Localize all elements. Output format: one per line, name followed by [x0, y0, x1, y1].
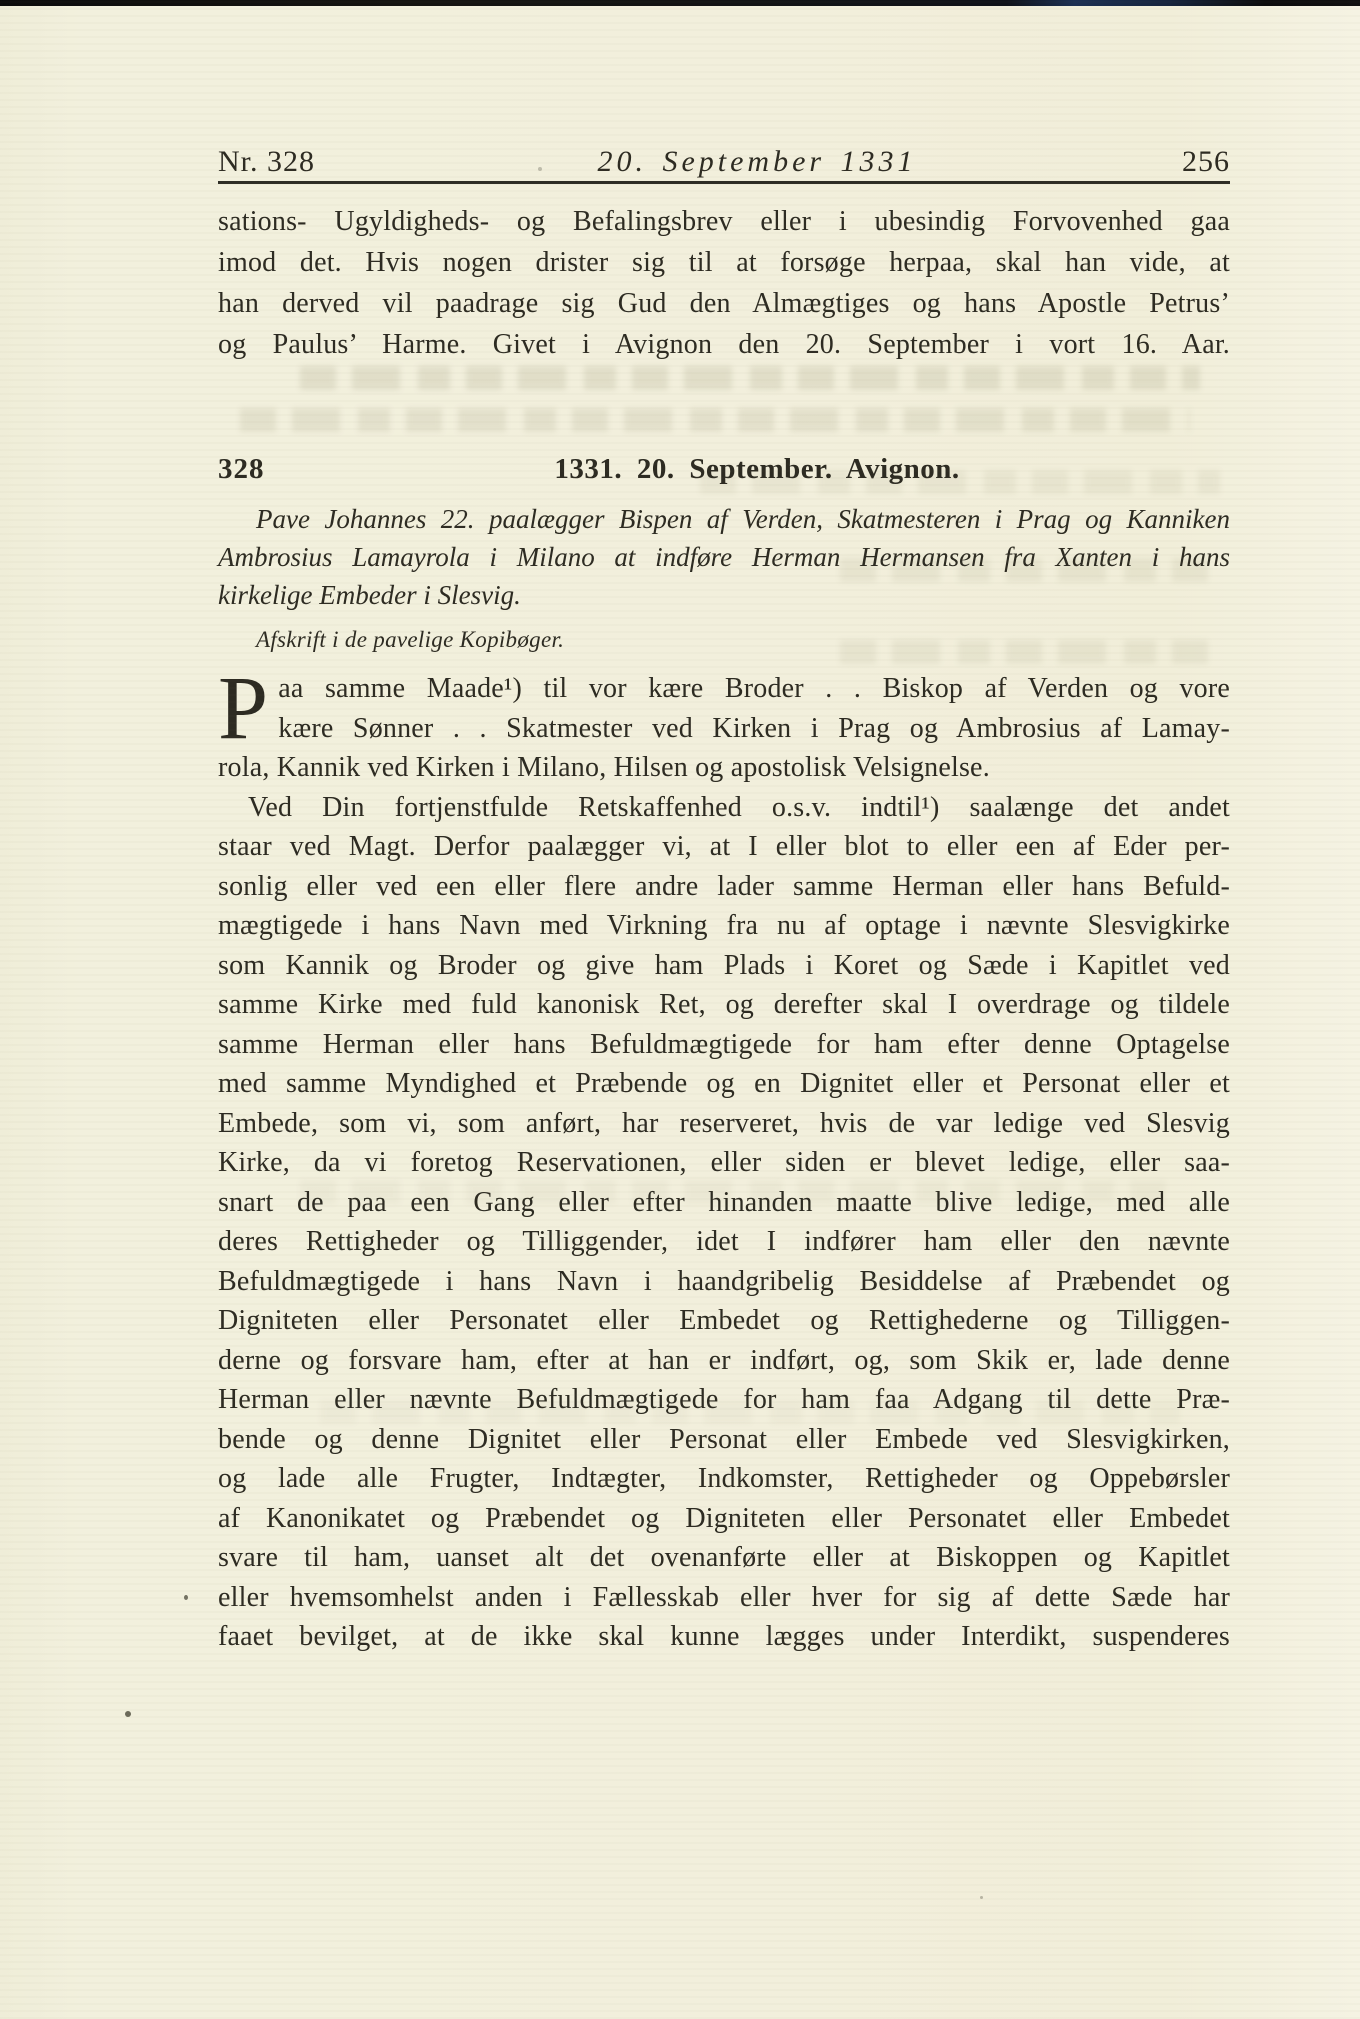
text-line: Embede, som vi, som anført, har reserver…: [218, 1104, 1230, 1144]
text-line: Ved Din fortjenstfulde Retskaffenhed o.s…: [218, 788, 1230, 828]
page-number: 256: [1182, 145, 1230, 179]
bleed-through-artifact: [240, 408, 1190, 432]
text-line: faaet bevilget, at de ikke skal kunne læ…: [218, 1617, 1230, 1657]
text-line: af Kanonikatet og Præbendet og Dignitete…: [218, 1499, 1230, 1539]
text-line: og lade alle Frugter, Indtægter, Indkoms…: [218, 1459, 1230, 1499]
text-line: kære Sønner . . Skatmester ved Kirken i …: [218, 709, 1230, 749]
running-header-date: 20. September 1331: [218, 145, 1230, 179]
text-line: eller hvemsomhelst anden i Fællesskab el…: [218, 1578, 1230, 1618]
text-line: samme Kirke med fuld kanonisk Ret, og de…: [218, 985, 1230, 1025]
text-line: samme Herman eller hans Befuldmægtigede …: [218, 1025, 1230, 1065]
text-line: sations- Ugyldigheds- og Befalingsbrev e…: [218, 201, 1230, 242]
body-opening-paragraph: aa samme Maade¹) til vor kære Broder . .…: [218, 669, 1230, 788]
entry-heading: 1331. 20. September. Avignon.: [218, 453, 1230, 486]
text-line: som Kannik og Broder og give ham Plads i…: [218, 946, 1230, 986]
text-line: aa samme Maade¹) til vor kære Broder . .…: [218, 669, 1230, 709]
text-line: med samme Myndighed et Præbende og en Di…: [218, 1064, 1230, 1104]
text-line: svare til ham, uanset alt det ovenanført…: [218, 1538, 1230, 1578]
text-line: staar ved Magt. Derfor paalægger vi, at …: [218, 827, 1230, 867]
ink-speck: [980, 1896, 983, 1899]
continuation-paragraph: sations- Ugyldigheds- og Befalingsbrev e…: [218, 201, 1230, 365]
text-line: Kirke, da vi foretog Reservationen, elle…: [218, 1143, 1230, 1183]
entry-body: P aa samme Maade¹) til vor kære Broder .…: [218, 669, 1230, 1657]
ink-speck: [184, 1595, 188, 1600]
bleed-through-artifact: [300, 366, 1200, 390]
text-line: rola, Kannik ved Kirken i Milano, Hilsen…: [218, 748, 1230, 788]
text-line: derne og forsvare ham, efter at han er i…: [218, 1341, 1230, 1381]
entry-summary: Pave Johannes 22. paalægger Bispen af Ve…: [218, 500, 1230, 614]
text-line: han derved vil paadrage sig Gud den Almæ…: [218, 283, 1230, 324]
text-line: Pave Johannes 22. paalægger Bispen af Ve…: [218, 500, 1230, 538]
text-line: bende og denne Dignitet eller Personat e…: [218, 1420, 1230, 1460]
text-line: Befuldmægtigede i hans Navn i haandgribe…: [218, 1262, 1230, 1302]
ink-speck: [125, 1711, 131, 1717]
text-line: Digniteten eller Personatet eller Embede…: [218, 1301, 1230, 1341]
text-line: og Paulus’ Harme. Givet i Avignon den 20…: [218, 324, 1230, 365]
text-line: sonlig eller ved een eller flere andre l…: [218, 867, 1230, 907]
running-header: Nr. 328 20. September 1331 256: [218, 145, 1230, 185]
text-line: snart de paa een Gang eller efter hinand…: [218, 1183, 1230, 1223]
scan-edge-artifact: [0, 0, 1360, 6]
source-note: Afskrift i de pavelige Kopibøger.: [256, 627, 956, 653]
ink-speck: [538, 167, 542, 171]
text-line: deres Rettigheder og Tilliggender, idet …: [218, 1222, 1230, 1262]
entry-heading-row: 328 1331. 20. September. Avignon.: [218, 453, 1230, 489]
drop-cap: P: [218, 669, 278, 747]
book-page-scan: Nr. 328 20. September 1331 256 sations- …: [0, 0, 1360, 2019]
body-main-paragraph: Ved Din fortjenstfulde Retskaffenhed o.s…: [218, 788, 1230, 1657]
header-rule: [218, 181, 1230, 184]
text-line: mægtigede i hans Navn med Virkning fra n…: [218, 906, 1230, 946]
text-line: Herman eller nævnte Befuldmægtigede for …: [218, 1380, 1230, 1420]
text-line: kirkelige Embeder i Slesvig.: [218, 576, 1230, 614]
text-line: Ambrosius Lamayrola i Milano at indføre …: [218, 538, 1230, 576]
text-line: imod det. Hvis nogen drister sig til at …: [218, 242, 1230, 283]
